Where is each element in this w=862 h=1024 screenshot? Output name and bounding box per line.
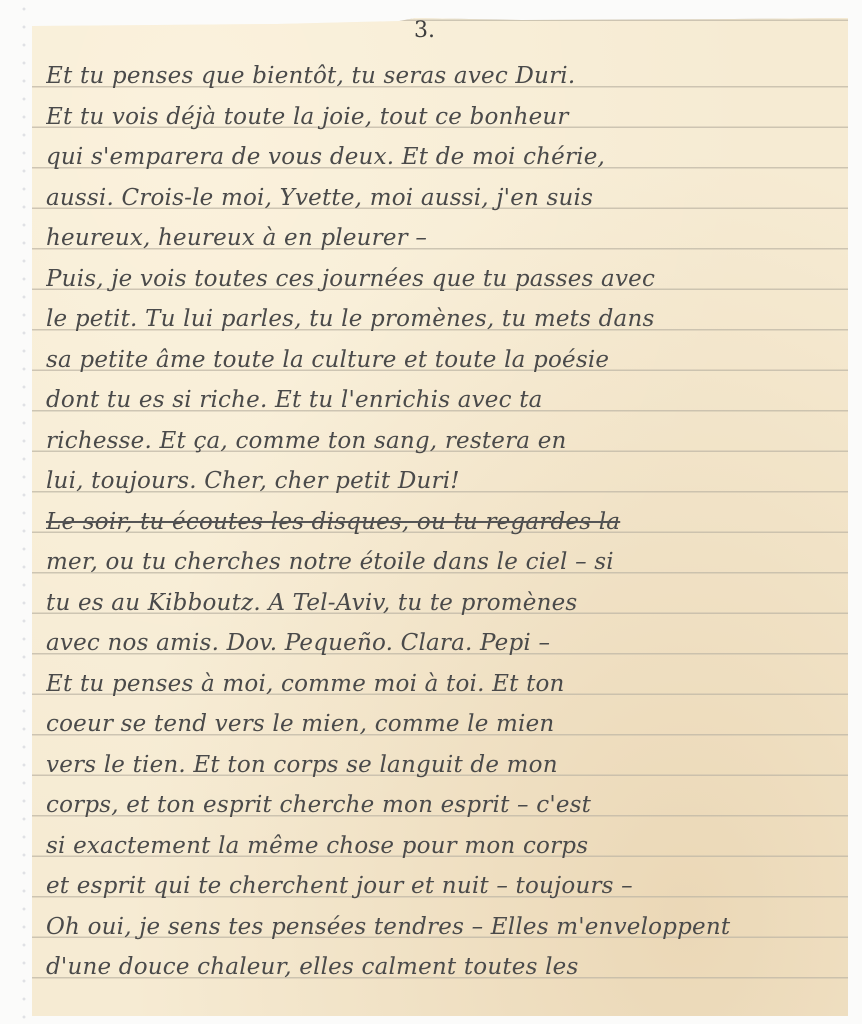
line-text: Oh oui, je sens tes pensées tendres – El… bbox=[46, 914, 730, 940]
line-text: si exactement la même chose pour mon cor… bbox=[46, 833, 588, 859]
line-text: et esprit qui te cherchent jour et nuit … bbox=[46, 873, 633, 899]
scan-edge-perforation bbox=[20, 0, 28, 1024]
text-line: Oh oui, je sens tes pensées tendres – El… bbox=[46, 909, 836, 950]
line-text: mer, ou tu cherches notre étoile dans le… bbox=[46, 549, 614, 575]
line-text: Et tu penses que bientôt, tu seras avec … bbox=[46, 63, 575, 89]
handwritten-text: Et tu penses que bientôt, tu seras avec … bbox=[46, 58, 836, 990]
line-text: heureux, heureux à en pleurer – bbox=[46, 225, 427, 251]
text-line: corps, et ton esprit cherche mon esprit … bbox=[46, 787, 836, 828]
line-text: coeur se tend vers le mien, comme le mie… bbox=[46, 711, 554, 737]
text-line: Et tu penses que bientôt, tu seras avec … bbox=[46, 58, 836, 99]
text-line: Et tu penses à moi, comme moi à toi. Et … bbox=[46, 666, 836, 707]
line-text: lui, toujours. Cher, cher petit Duri! bbox=[46, 468, 460, 494]
text-line: Puis, je vois toutes ces journées que tu… bbox=[46, 261, 836, 302]
text-line: qui s'emparera de vous deux. Et de moi c… bbox=[46, 139, 836, 180]
text-line: heureux, heureux à en pleurer – bbox=[46, 220, 836, 261]
line-text: qui s'emparera de vous deux. Et de moi c… bbox=[46, 144, 605, 170]
line-text: richesse. Et ça, comme ton sang, restera… bbox=[46, 428, 567, 454]
text-line: avec nos amis. Dov. Pequeño. Clara. Pepi… bbox=[46, 625, 836, 666]
text-line: tu es au Kibboutz. A Tel-Aviv, tu te pro… bbox=[46, 585, 836, 626]
line-text: aussi. Crois-le moi, Yvette, moi aussi, … bbox=[46, 185, 593, 211]
text-line: aussi. Crois-le moi, Yvette, moi aussi, … bbox=[46, 180, 836, 221]
text-line: richesse. Et ça, comme ton sang, restera… bbox=[46, 423, 836, 464]
line-text: Et tu penses à moi, comme moi à toi. Et … bbox=[46, 671, 565, 697]
line-text: Le soir, tu écoutes les disques, ou tu r… bbox=[46, 509, 620, 535]
line-text: d'une douce chaleur, elles calment toute… bbox=[46, 954, 579, 980]
line-text: corps, et ton esprit cherche mon esprit … bbox=[46, 792, 591, 818]
page-number: 3. bbox=[414, 18, 435, 43]
text-line: d'une douce chaleur, elles calment toute… bbox=[46, 949, 836, 990]
text-line: et esprit qui te cherchent jour et nuit … bbox=[46, 868, 836, 909]
text-line: sa petite âme toute la culture et toute … bbox=[46, 342, 836, 383]
text-line: dont tu es si riche. Et tu l'enrichis av… bbox=[46, 382, 836, 423]
line-text: vers le tien. Et ton corps se languit de… bbox=[46, 752, 558, 778]
letter-sheet: 3. Et tu penses que bientôt, tu seras av… bbox=[32, 18, 848, 1016]
text-line: le petit. Tu lui parles, tu le promènes,… bbox=[46, 301, 836, 342]
text-line: Et tu vois déjà toute la joie, tout ce b… bbox=[46, 99, 836, 140]
struck-text-line: Le soir, tu écoutes les disques, ou tu r… bbox=[46, 504, 836, 545]
line-text: dont tu es si riche. Et tu l'enrichis av… bbox=[46, 387, 543, 413]
line-text: Puis, je vois toutes ces journées que tu… bbox=[46, 266, 655, 292]
line-text: sa petite âme toute la culture et toute … bbox=[46, 347, 609, 373]
text-line: vers le tien. Et ton corps se languit de… bbox=[46, 747, 836, 788]
line-text: Et tu vois déjà toute la joie, tout ce b… bbox=[46, 104, 569, 130]
text-line: si exactement la même chose pour mon cor… bbox=[46, 828, 836, 869]
line-text: le petit. Tu lui parles, tu le promènes,… bbox=[46, 306, 654, 332]
line-text: avec nos amis. Dov. Pequeño. Clara. Pepi… bbox=[46, 630, 550, 656]
text-line: coeur se tend vers le mien, comme le mie… bbox=[46, 706, 836, 747]
line-text: tu es au Kibboutz. A Tel-Aviv, tu te pro… bbox=[46, 590, 577, 616]
text-line: mer, ou tu cherches notre étoile dans le… bbox=[46, 544, 836, 585]
text-line: lui, toujours. Cher, cher petit Duri! bbox=[46, 463, 836, 504]
